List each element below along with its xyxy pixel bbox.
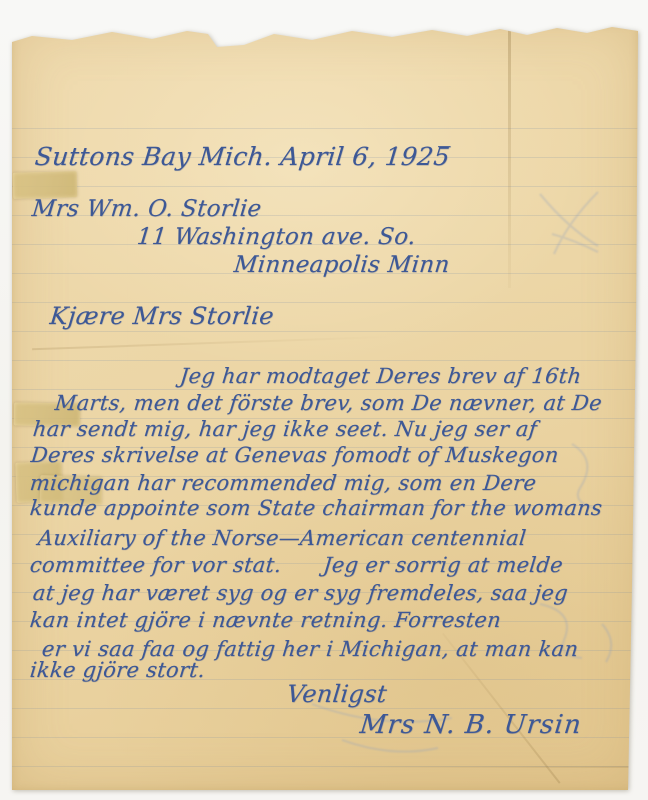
closing: Venligst [286,680,389,708]
salutation: Kjære Mrs Storlie [49,302,276,330]
tape-fragment [14,402,80,426]
recipient-name: Mrs Wm. O. Storlie [31,196,263,222]
signature: Mrs N. B. Ursin [358,710,583,740]
body-line: ikke gjöre stort. [29,658,207,682]
body-line: michigan har recommended mig, som en Der… [29,471,538,495]
tape-fragment [13,171,78,199]
body-line: er vi saa faa og fattig her i Michigan, … [41,637,580,661]
fold-crease-vertical [508,28,511,288]
body-line: Marts, men det förste brev, som De nævne… [54,391,603,415]
letter-paper: Suttons Bay Mich. April 6, 1925̅ Mrs Wm.… [12,24,638,790]
scan-background: Suttons Bay Mich. April 6, 1925̅ Mrs Wm.… [0,0,648,800]
body-line: Jeg har modtaget Deres brev af 16th [179,364,583,388]
fold-crease-bottom [312,766,632,768]
body-line: at jeg har været syg og er syg fremdeles… [32,581,569,605]
body-line: har sendt mig, har jeg ikke seet. Nu jeg… [32,417,538,441]
recipient-street: 11 Washington ave. So. [136,224,417,250]
ruled-lines [12,128,638,790]
body-line: committee for vor stat. Jeg er sorrig at… [29,553,564,577]
body-line: kunde appointe som State chairman for th… [29,496,604,520]
body-line: Auxiliary of the Norse—American centenni… [37,526,528,550]
date-line: Suttons Bay Mich. April 6, 1925̅ [33,142,451,171]
body-line: kan intet gjöre i nævnte retning. Forres… [29,608,503,632]
tape-fragment [40,475,103,505]
paper-edge-shading [12,24,638,790]
bleed-through-marks [12,24,638,790]
body-line: Deres skrivelse at Genevas fomodt of Mus… [30,443,560,467]
recipient-city: Minneapolis Minn [233,252,451,278]
fold-crease-left [32,336,392,351]
paper-sheet: Suttons Bay Mich. April 6, 1925̅ Mrs Wm.… [12,24,638,790]
fold-crease-bottom-right [442,633,561,784]
